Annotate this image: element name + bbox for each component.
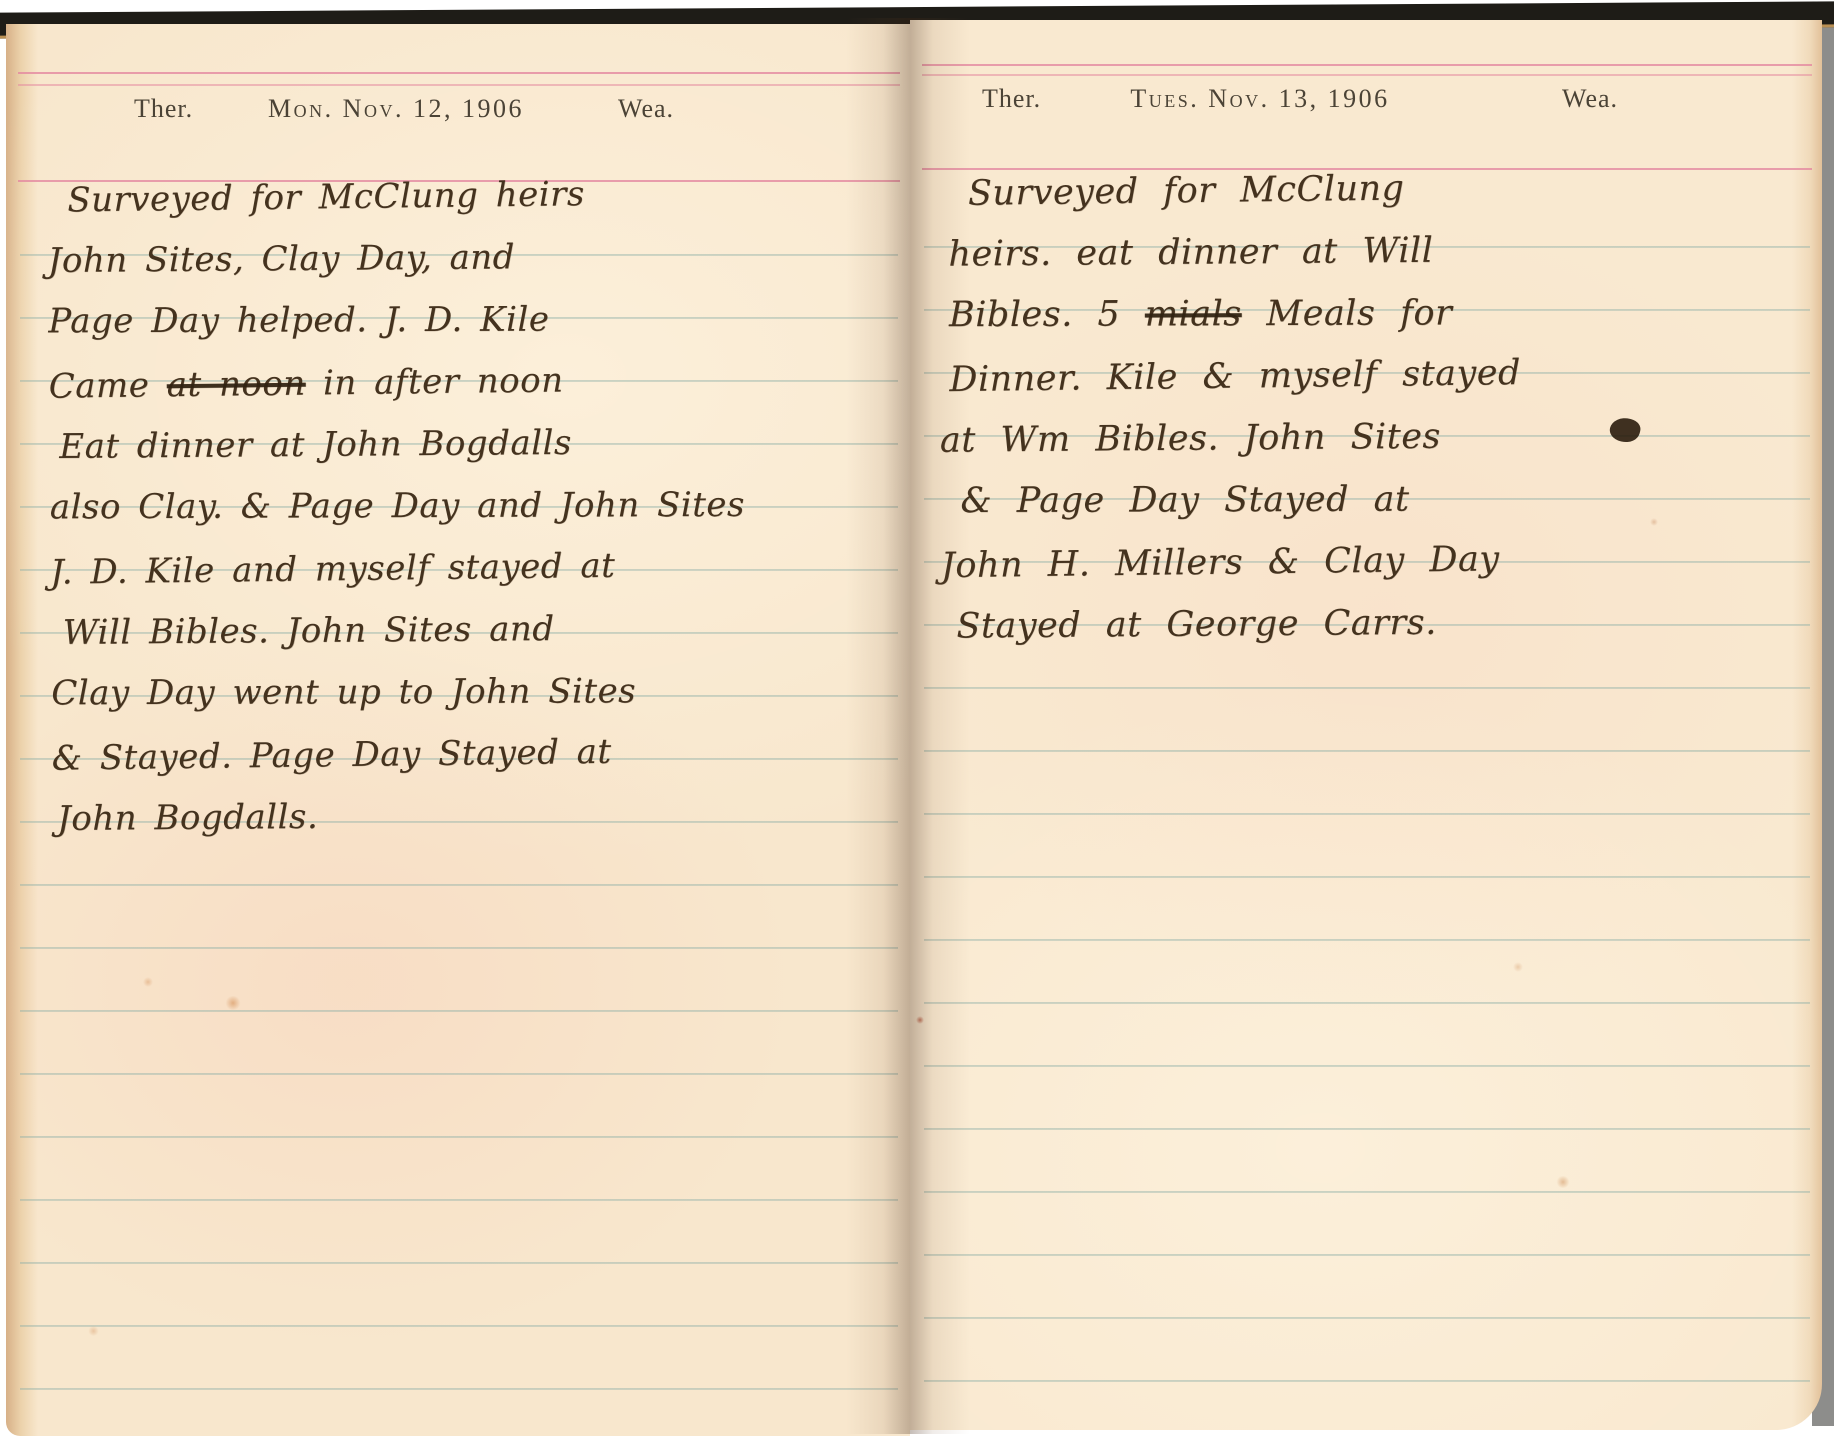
- handwritten-line: John H. Millers & Clay Day: [941, 538, 1632, 608]
- page-header: Ther. Mon. Nov. 12, 1906 Wea.: [6, 94, 910, 130]
- diary-scan: Ther. Mon. Nov. 12, 1906 Wea. Surveyed f…: [0, 0, 1834, 1443]
- handwritten-segment: Will Bibles. John Sites and: [63, 609, 555, 653]
- handwritten-segment: Surveyed for McClung: [968, 169, 1405, 214]
- handwritten-line: Clay Day went up to John Sites: [51, 671, 821, 736]
- diary-page-right: Ther. Tues. Nov. 13, 1906 Wea. Surveyed …: [910, 20, 1822, 1430]
- ther-label: Ther.: [982, 84, 1041, 114]
- page-header: Ther. Tues. Nov. 13, 1906 Wea.: [910, 84, 1822, 120]
- handwritten-segment: Page Day helped. J. D. Kile: [48, 300, 549, 342]
- handwritten-segment: at noon: [166, 364, 305, 406]
- handwritten-segment: Stayed at George Carrs.: [956, 603, 1437, 647]
- pink-rule-line: [18, 84, 900, 86]
- pink-rule-line: [922, 74, 1812, 76]
- handwritten-segment: in after noon: [305, 360, 563, 403]
- handwritten-line: John Sites, Clay Day, and: [48, 235, 818, 303]
- handwritten-line: Bibles. 5 mials Meals for: [939, 293, 1629, 357]
- handwritten-line: also Clay. & Page Day and John Sites: [50, 485, 820, 550]
- handwritten-line: Eat dinner at John Bogdalls: [49, 421, 819, 489]
- handwritten-segment: Eat dinner at John Bogdalls: [59, 423, 572, 467]
- diary-page-left: Ther. Mon. Nov. 12, 1906 Wea. Surveyed f…: [6, 24, 910, 1436]
- handwritten-segment: & Stayed. Page Day Stayed at: [51, 732, 611, 779]
- handwritten-segment: Came: [49, 365, 167, 406]
- handwritten-line: heirs. eat dinner at Will: [938, 229, 1628, 296]
- handwritten-line: & Stayed. Page Day Stayed at: [51, 729, 822, 800]
- date-heading: Tues. Nov. 13, 1906: [1110, 84, 1410, 114]
- handwritten-segment: Dinner. Kile & myself stayed: [949, 353, 1521, 400]
- handwritten-segment: J. D. Kile and myself stayed at: [50, 546, 616, 593]
- wea-label: Wea.: [1562, 84, 1618, 114]
- handwritten-line: Page Day helped. J. D. Kile: [48, 299, 818, 364]
- diary-entry-left: Surveyed for McClung heirsJohn Sites, Cl…: [47, 173, 823, 899]
- handwritten-segment: John Bogdalls.: [57, 797, 318, 839]
- handwritten-segment: John H. Millers & Clay Day: [941, 539, 1500, 586]
- handwritten-segment: also Clay. & Page Day and John Sites: [50, 485, 745, 527]
- handwritten-segment: Meals for: [1242, 293, 1453, 334]
- stain-spot: [225, 996, 241, 1010]
- handwritten-segment: & Page Day Stayed at: [960, 480, 1409, 522]
- pink-rule-line: [922, 64, 1812, 66]
- handwritten-line: at Wm Bibles. John Sites: [940, 415, 1630, 482]
- handwritten-line: J. D. Kile and myself stayed at: [50, 543, 821, 614]
- stain-spot: [1513, 962, 1523, 972]
- handwritten-segment: Clay Day went up to John Sites: [51, 671, 636, 713]
- pink-rule-line: [18, 72, 900, 74]
- handwritten-segment: Bibles. 5: [949, 294, 1145, 335]
- stain-spot: [1650, 518, 1658, 526]
- handwritten-line: Stayed at George Carrs.: [941, 601, 1631, 668]
- handwritten-line: Came at noon in after noon: [49, 357, 820, 428]
- handwritten-line: Surveyed for McClung: [938, 166, 1629, 236]
- handwritten-segment: at Wm Bibles. John Sites: [940, 417, 1441, 461]
- handwritten-segment: heirs. eat dinner at Will: [948, 231, 1433, 275]
- handwritten-line: John Bogdalls.: [52, 793, 822, 861]
- handwritten-segment: mials: [1145, 294, 1242, 334]
- handwritten-segment: John Sites, Clay Day, and: [48, 237, 515, 281]
- stain-spot: [916, 1016, 924, 1024]
- wea-label: Wea.: [618, 94, 674, 124]
- ther-label: Ther.: [134, 94, 193, 124]
- handwritten-segment: Surveyed for McClung heirs: [67, 174, 585, 220]
- stain-spot: [1556, 1176, 1570, 1188]
- handwritten-line: Will Bibles. John Sites and: [51, 607, 821, 675]
- handwritten-line: Surveyed for McClung heirs: [47, 171, 818, 242]
- date-heading: Mon. Nov. 12, 1906: [268, 94, 524, 124]
- stain-spot: [88, 1326, 99, 1336]
- diary-entry-right: Surveyed for McClungheirs. eat dinner at…: [938, 167, 1632, 732]
- handwritten-line: & Page Day Stayed at: [940, 479, 1630, 543]
- handwritten-line: Dinner. Kile & myself stayed: [939, 352, 1630, 422]
- stain-spot: [143, 977, 153, 987]
